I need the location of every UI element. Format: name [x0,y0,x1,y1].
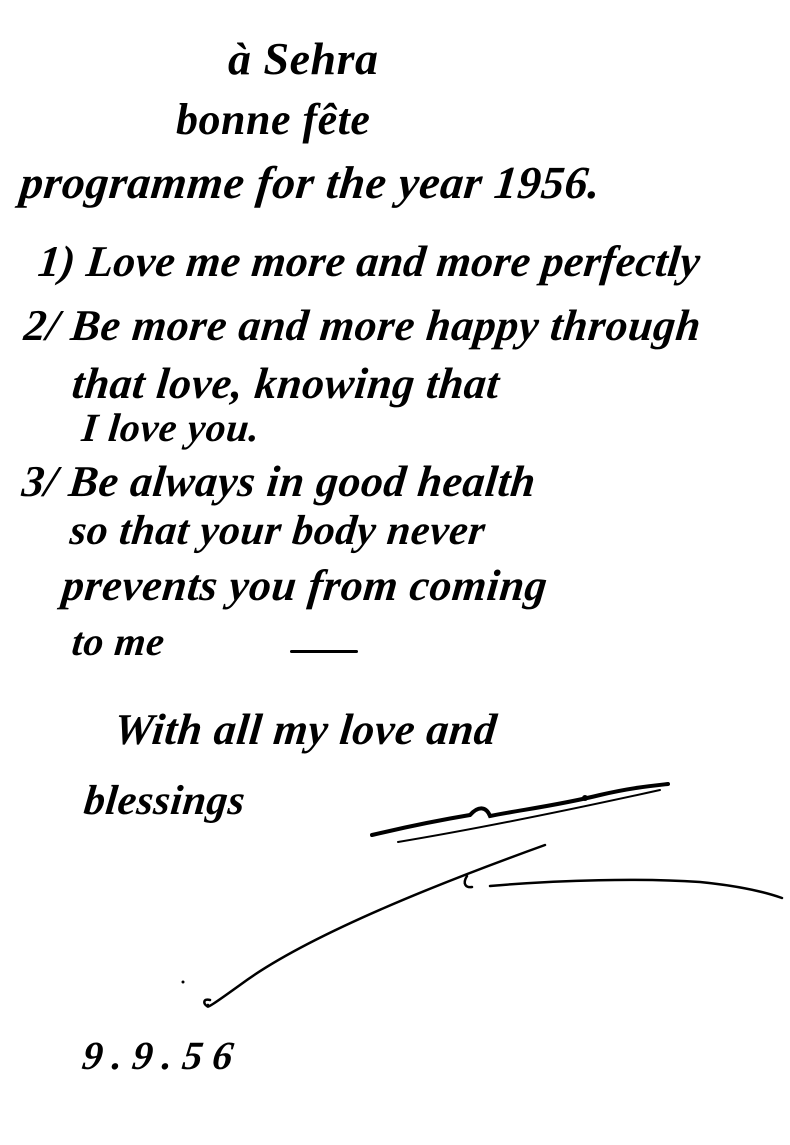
closing-line-1: With all my love and [112,708,499,752]
item-2-line-1: 2/ Be more and more happy through [22,304,703,348]
item-1-line-1: 1) Love me more and more perfectly [36,240,702,284]
letter-page: à Sehra bonne fête programme for the yea… [0,0,790,1145]
greeting-line: bonne fête [176,98,370,142]
item-3-line-3: prevents you from coming [60,564,550,608]
dedication-line: à Sehra [228,36,378,82]
item-2-line-3: I love you. [80,408,262,448]
end-dash [290,650,358,653]
programme-heading: programme for the year 1956. [18,160,603,206]
item-3-line-1: 3/ Be always in good health [20,460,538,504]
closing-line-2: blessings [82,780,247,822]
item-2-line-2: that love, knowing that [70,362,502,406]
item-3-line-2: so that your body never [68,510,488,552]
date-line: 9.9.56 [80,1036,246,1076]
item-3-line-4: to me [70,622,167,662]
